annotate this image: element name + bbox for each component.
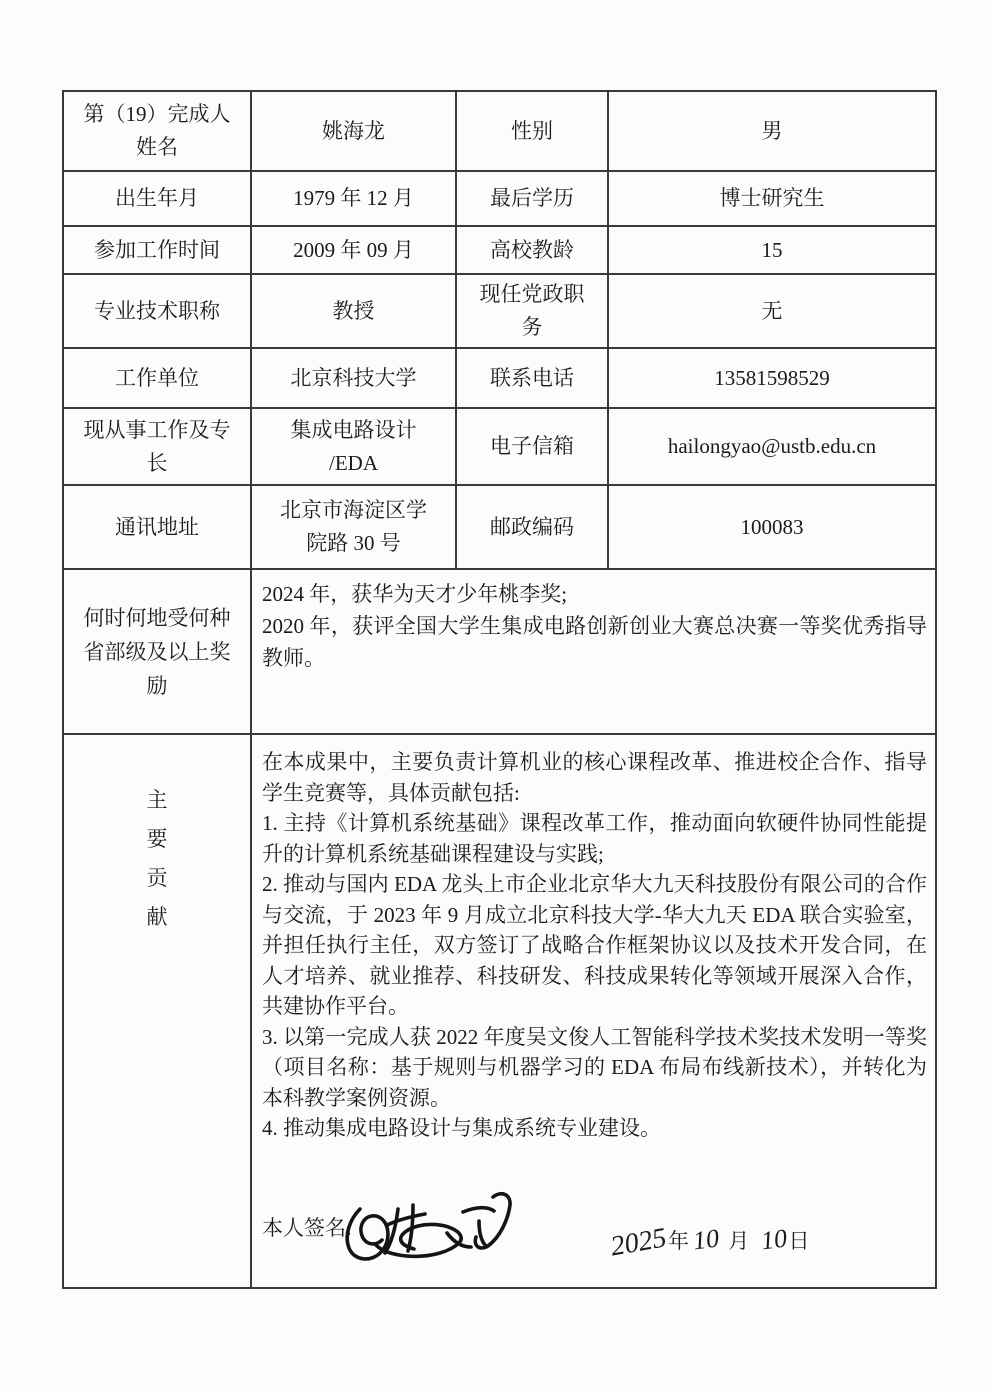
- contribution-paragraph: 3. 以第一完成人获 2022 年度吴文俊人工智能科学技术奖技术发明一等奖（项目…: [262, 1022, 927, 1114]
- completer-info-table: 第（19）完成人 姓名 姚海龙 性别 男 出生年月 1979 年 12 月 最后…: [62, 90, 937, 1289]
- label-email: 电子信箱: [456, 408, 608, 485]
- signature-date: 2025年10 月 10日: [608, 1223, 812, 1258]
- label-phone: 联系电话: [456, 348, 608, 408]
- contribution-text: 在本成果中，主要负责计算机业的核心课程改革、推进校企合作、指导学生竞赛等，具体贡…: [251, 734, 936, 1288]
- handwritten-signature: [330, 1185, 530, 1275]
- date-month-unit: 月: [728, 1229, 751, 1253]
- label-work-start-date: 参加工作时间: [63, 226, 251, 274]
- form-row: 现从事工作及专 长 集成电路设计 /EDA 电子信箱 hailongyao@us…: [63, 408, 936, 485]
- label-teaching-years: 高校教龄: [456, 226, 608, 274]
- label-main-contribution: 主 要 贡 献: [63, 734, 251, 1288]
- date-day-handwritten: 10: [759, 1222, 789, 1258]
- value-email: hailongyao@ustb.edu.cn: [608, 408, 936, 485]
- awards-line: 2020 年，获评全国大学生集成电路创新创业大赛总决赛一等奖优秀指导教师。: [262, 610, 927, 674]
- value-birth-date: 1979 年 12 月: [251, 171, 456, 226]
- label-party-position: 现任党政职 务: [456, 274, 608, 348]
- value-current-work: 集成电路设计 /EDA: [251, 408, 456, 485]
- value-phone: 13581598529: [608, 348, 936, 408]
- value-teaching-years: 15: [608, 226, 936, 274]
- date-year-unit: 年: [668, 1229, 691, 1253]
- form-row: 出生年月 1979 年 12 月 最后学历 博士研究生: [63, 171, 936, 226]
- form-row: 参加工作时间 2009 年 09 月 高校教龄 15: [63, 226, 936, 274]
- awards-line: 2024 年，获华为天才少年桃李奖;: [262, 578, 927, 610]
- contribution-paragraph: 2. 推动与国内 EDA 龙头上市企业北京华大九天科技股份有限公司的合作与交流，…: [262, 869, 927, 1022]
- label-current-work: 现从事工作及专 长: [63, 408, 251, 485]
- date-year-handwritten: 2025: [608, 1221, 669, 1263]
- form-sheet: 第（19）完成人 姓名 姚海龙 性别 男 出生年月 1979 年 12 月 最后…: [62, 90, 937, 1289]
- form-row: 第（19）完成人 姓名 姚海龙 性别 男: [63, 91, 936, 171]
- scanned-form-page: { "form": { "rows": [ { "label": "第（19）完…: [0, 0, 992, 1392]
- form-row: 专业技术职称 教授 现任党政职 务 无: [63, 274, 936, 348]
- label-last-degree: 最后学历: [456, 171, 608, 226]
- value-completer-name: 姚海龙: [251, 91, 456, 171]
- label-employer: 工作单位: [63, 348, 251, 408]
- contribution-paragraph: 1. 主持《计算机系统基础》课程改革工作，推动面向软硬件协同性能提升的计算机系统…: [262, 808, 927, 869]
- form-row: 工作单位 北京科技大学 联系电话 13581598529: [63, 348, 936, 408]
- form-row: 通讯地址 北京市海淀区学 院路 30 号 邮政编码 100083: [63, 485, 936, 569]
- contribution-paragraph: 在本成果中，主要负责计算机业的核心课程改革、推进校企合作、指导学生竞赛等，具体贡…: [262, 747, 927, 808]
- value-gender: 男: [608, 91, 936, 171]
- contribution-row: 主 要 贡 献 在本成果中，主要负责计算机业的核心课程改革、推进校企合作、指导学…: [63, 734, 936, 1288]
- value-last-degree: 博士研究生: [608, 171, 936, 226]
- date-month-handwritten: 10: [691, 1222, 721, 1258]
- awards-row: 何时何地受何种 省部级及以上奖 励 2024 年，获华为天才少年桃李奖; 202…: [63, 569, 936, 734]
- value-employer: 北京科技大学: [251, 348, 456, 408]
- label-professional-title: 专业技术职称: [63, 274, 251, 348]
- label-birth-date: 出生年月: [63, 171, 251, 226]
- value-mailing-address: 北京市海淀区学 院路 30 号: [251, 485, 456, 569]
- value-postal-code: 100083: [608, 485, 936, 569]
- value-professional-title: 教授: [251, 274, 456, 348]
- awards-text: 2024 年，获华为天才少年桃李奖; 2020 年，获评全国大学生集成电路创新创…: [251, 569, 936, 734]
- date-day-unit: 日: [789, 1229, 812, 1253]
- label-postal-code: 邮政编码: [456, 485, 608, 569]
- label-mailing-address: 通讯地址: [63, 485, 251, 569]
- label-gender: 性别: [456, 91, 608, 171]
- value-party-position: 无: [608, 274, 936, 348]
- label-awards: 何时何地受何种 省部级及以上奖 励: [63, 569, 251, 734]
- label-completer-name: 第（19）完成人 姓名: [63, 91, 251, 171]
- value-work-start-date: 2009 年 09 月: [251, 226, 456, 274]
- contribution-paragraph: 4. 推动集成电路设计与集成系统专业建设。: [262, 1113, 927, 1144]
